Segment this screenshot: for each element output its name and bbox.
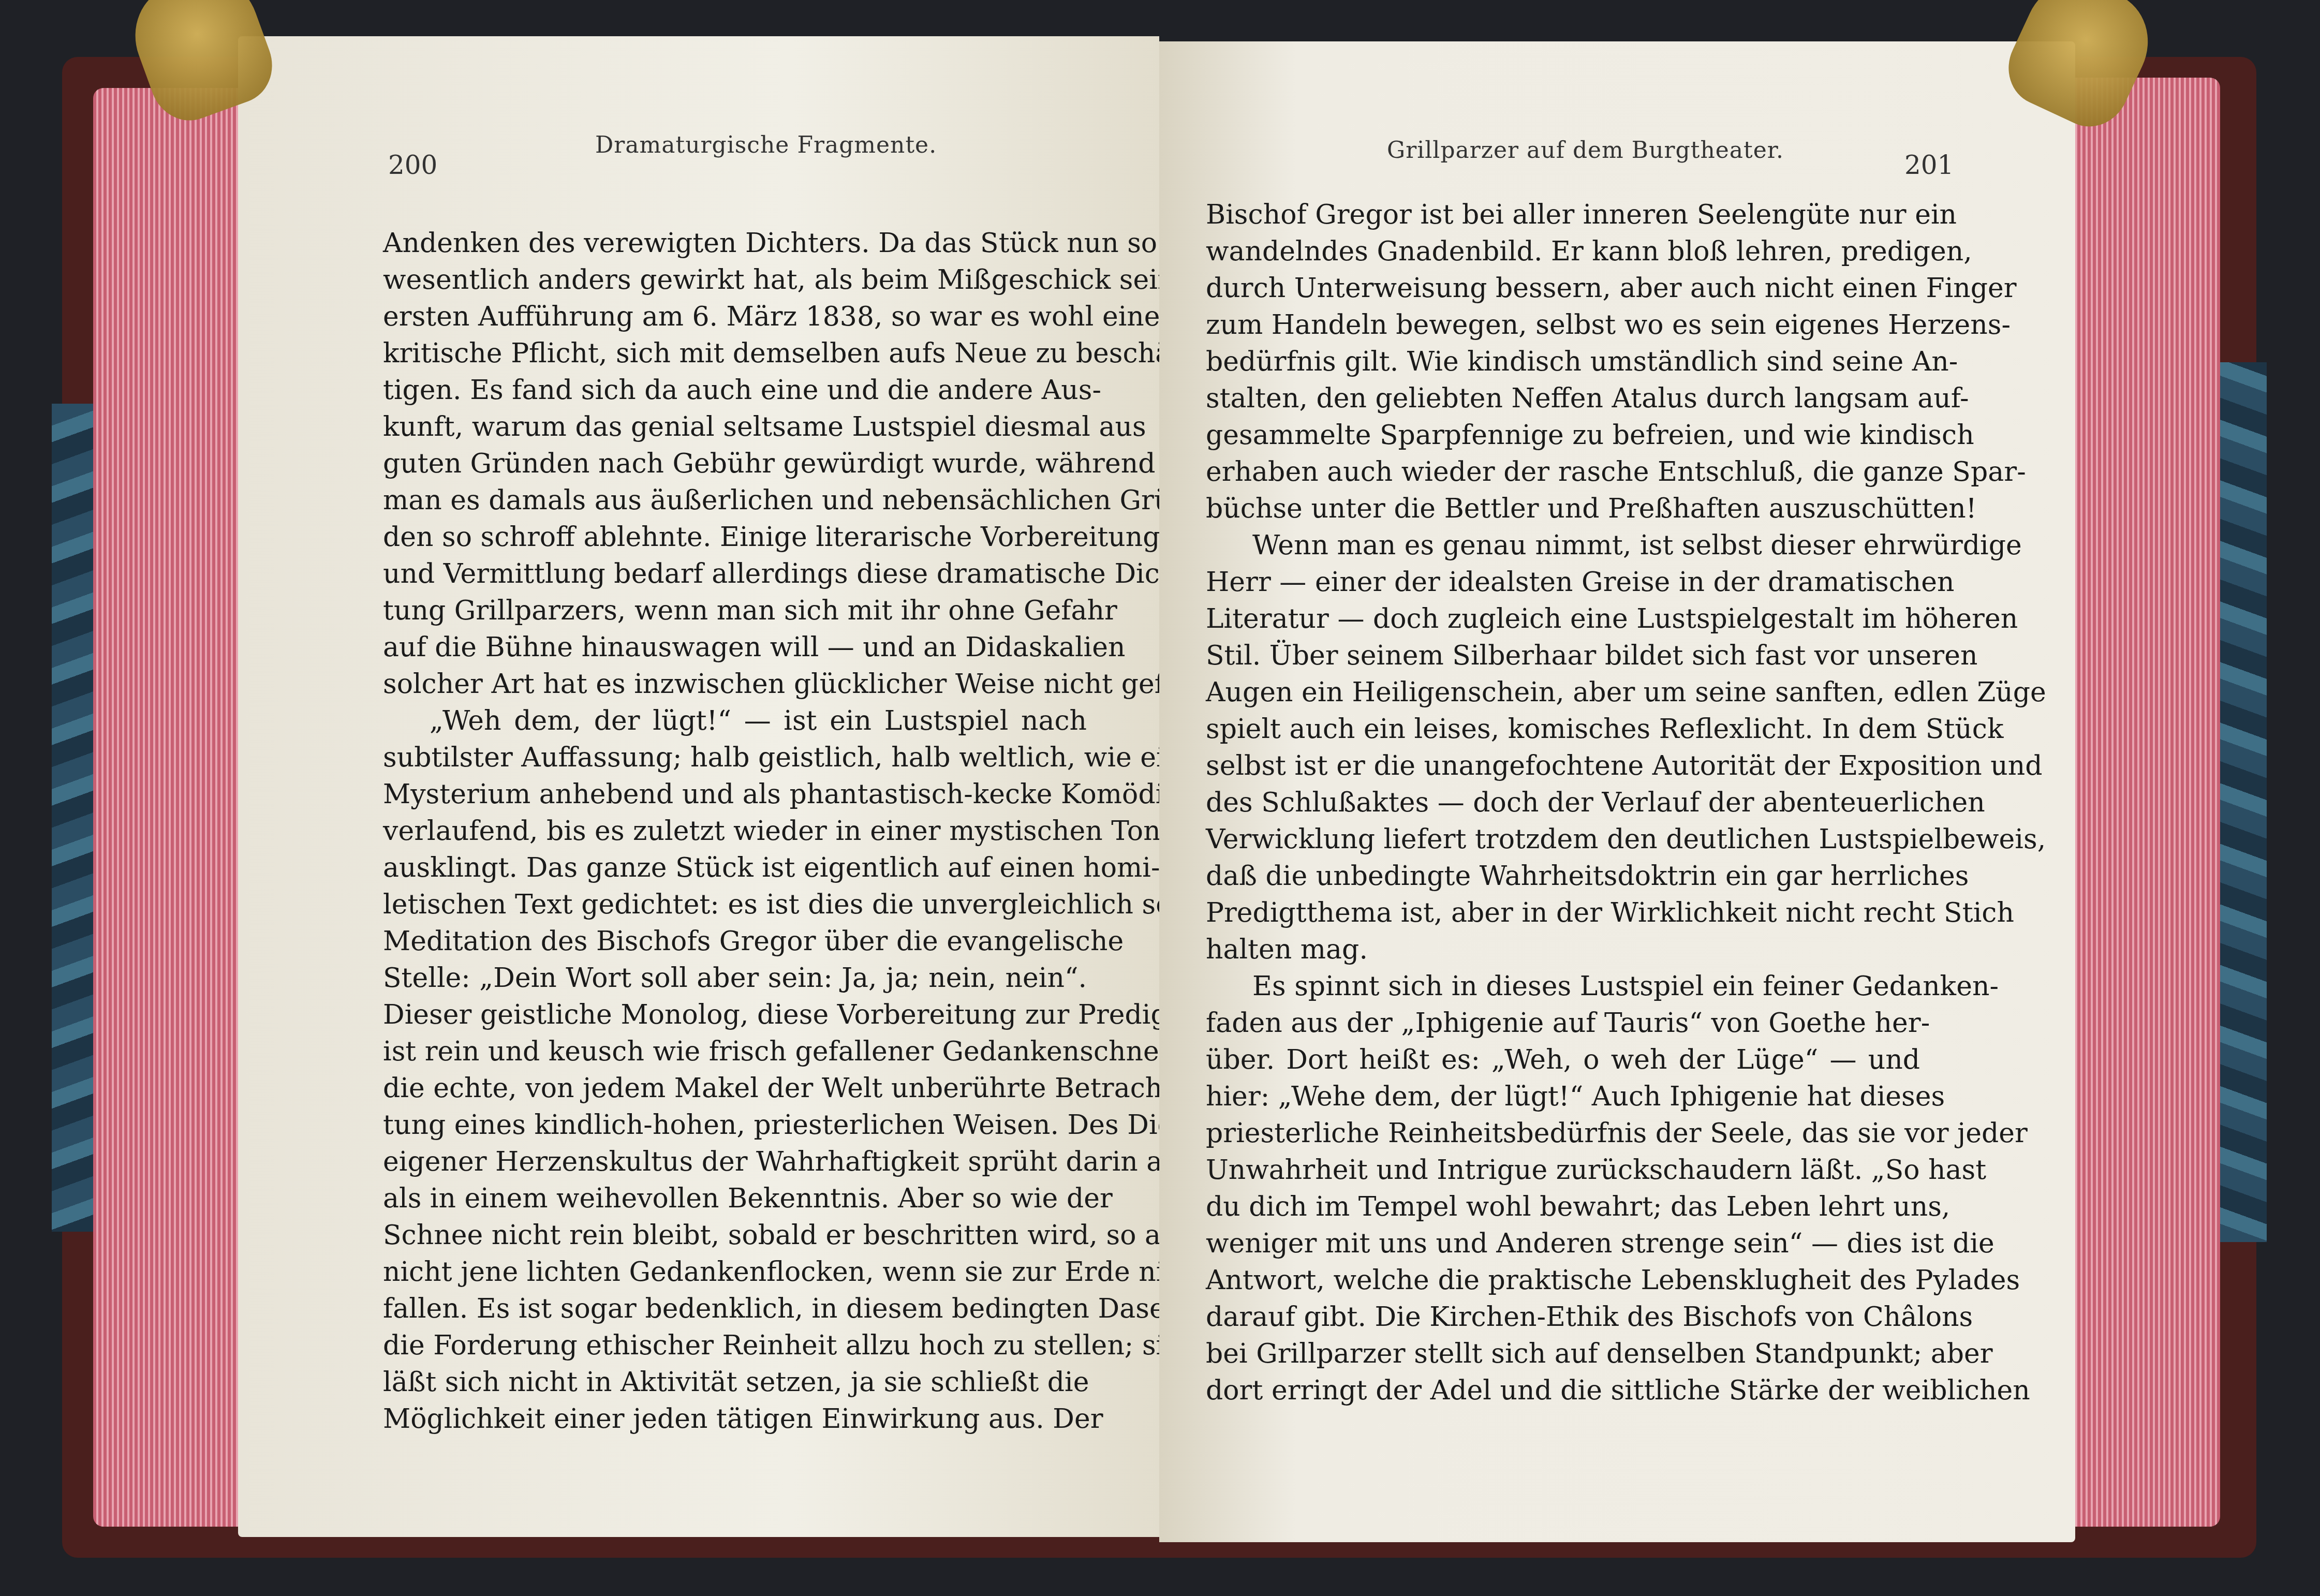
text-line: Antwort, welche die praktische Lebensklu…	[1206, 1262, 1920, 1299]
text-line: „Weh dem, der lügt!“ — ist ein Lustspiel…	[383, 703, 1087, 740]
text-line: Möglichkeit einer jeden tätigen Einwirku…	[383, 1401, 1087, 1438]
text-line: kritische Pflicht, sich mit demselben au…	[383, 335, 1087, 372]
text-line: Schnee nicht rein bleibt, sobald er besc…	[383, 1217, 1087, 1254]
text-line: als in einem weihevollen Bekenntnis. Abe…	[383, 1180, 1087, 1217]
text-line: solcher Art hat es inzwischen glückliche…	[383, 666, 1087, 703]
text-line: erhaben auch wieder der rasche Entschluß…	[1206, 454, 1920, 491]
running-header: Grillparzer auf dem Burgtheater.	[1387, 137, 1784, 164]
text-line: Es spinnt sich in dieses Lustspiel ein f…	[1206, 968, 1920, 1005]
page-edges-right	[2065, 78, 2220, 1527]
page-body-text: Bischof Gregor ist bei aller inneren See…	[1206, 197, 1920, 1409]
text-line: selbst ist er die unangefochtene Autorit…	[1206, 748, 1920, 785]
text-line: Unwahrheit und Intrigue zurückschaudern …	[1206, 1152, 1920, 1189]
text-line: tung eines kindlich-hohen, priesterliche…	[383, 1107, 1087, 1144]
text-line: Herr — einer der idealsten Greise in der…	[1206, 564, 1920, 601]
text-line: die echte, von jedem Makel der Welt unbe…	[383, 1070, 1087, 1107]
text-line: bedürfnis gilt. Wie kindisch umständlich…	[1206, 344, 1920, 380]
text-line: des Schlußaktes — doch der Verlauf der a…	[1206, 785, 1920, 821]
text-line: Stil. Über seinem Silberhaar bildet sich…	[1206, 638, 1920, 674]
page-edges-left	[93, 88, 248, 1527]
text-line: den so schroff ablehnte. Einige literari…	[383, 519, 1087, 556]
text-line: wandelndes Gnadenbild. Er kann bloß lehr…	[1206, 233, 1920, 270]
text-line: man es damals aus äußerlichen und nebens…	[383, 482, 1087, 519]
text-line: Augen ein Heiligenschein, aber um seine …	[1206, 674, 1920, 711]
text-line: Andenken des verewigten Dichters. Da das…	[383, 225, 1087, 262]
text-line: weniger mit uns und Anderen strenge sein…	[1206, 1225, 1920, 1262]
text-line: ist rein und keusch wie frisch gefallene…	[383, 1033, 1087, 1070]
text-line: spielt auch ein leises, komisches Reflex…	[1206, 711, 1920, 748]
text-line: daß die unbedingte Wahrheitsdoktrin ein …	[1206, 858, 1920, 895]
text-line: kunft, warum das genial seltsame Lustspi…	[383, 409, 1087, 446]
text-line: bei Grillparzer stellt sich auf denselbe…	[1206, 1336, 1920, 1372]
text-line: ausklingt. Das ganze Stück ist eigentlic…	[383, 850, 1087, 886]
text-line: Dieser geistliche Monolog, diese Vorbere…	[383, 997, 1087, 1033]
text-line: verlaufend, bis es zuletzt wieder in ein…	[383, 813, 1087, 850]
text-line: tung Grillparzers, wenn man sich mit ihr…	[383, 593, 1087, 629]
text-line: Mysterium anhebend und als phantastisch-…	[383, 776, 1087, 813]
text-line: und Vermittlung bedarf allerdings diese …	[383, 556, 1087, 593]
text-line: guten Gründen nach Gebühr gewürdigt wurd…	[383, 446, 1087, 482]
text-line: eigener Herzenskultus der Wahrhaftigkeit…	[383, 1144, 1087, 1180]
text-line: Stelle: „Dein Wort soll aber sein: Ja, j…	[383, 960, 1087, 997]
text-line: du dich im Tempel wohl bewahrt; das Lebe…	[1206, 1189, 1920, 1225]
text-line: über. Dort heißt es: „Weh, o weh der Lüg…	[1206, 1042, 1920, 1078]
text-line: die Forderung ethischer Reinheit allzu h…	[383, 1327, 1087, 1364]
text-line: gesammelte Sparpfennige zu befreien, und…	[1206, 417, 1920, 454]
text-line: wesentlich anders gewirkt hat, als beim …	[383, 262, 1087, 299]
text-line: stalten, den geliebten Neffen Atalus dur…	[1206, 380, 1920, 417]
text-line: hier: „Wehe dem, der lügt!“ Auch Iphigen…	[1206, 1078, 1920, 1115]
page-body-text: Andenken des verewigten Dichters. Da das…	[383, 225, 1087, 1438]
text-line: subtilster Auffassung; halb geistlich, h…	[383, 740, 1087, 776]
page-number: 201	[1904, 150, 1954, 180]
text-line: ersten Aufführung am 6. März 1838, so wa…	[383, 299, 1087, 335]
text-line: faden aus der „Iphigenie auf Tauris“ von…	[1206, 1005, 1920, 1042]
page-number: 200	[388, 150, 437, 180]
left-page: 200 Dramaturgische Fragmente. Andenken d…	[238, 36, 1159, 1537]
text-line: Meditation des Bischofs Gregor über die …	[383, 923, 1087, 960]
text-line: Predigtthema ist, aber in der Wirklichke…	[1206, 895, 1920, 932]
text-line: Bischof Gregor ist bei aller inneren See…	[1206, 197, 1920, 233]
text-line: büchse unter die Bettler und Preßhaften …	[1206, 491, 1920, 527]
text-line: nicht jene lichten Gedankenflocken, wenn…	[383, 1254, 1087, 1291]
text-line: zum Handeln bewegen, selbst wo es sein e…	[1206, 307, 1920, 344]
running-header: Dramaturgische Fragmente.	[595, 132, 937, 158]
text-line: letischen Text gedichtet: es ist dies di…	[383, 886, 1087, 923]
text-line: durch Unterweisung bessern, aber auch ni…	[1206, 270, 1920, 307]
right-page: Grillparzer auf dem Burgtheater. 201 Bis…	[1159, 41, 2075, 1542]
text-line: priesterliche Reinheitsbedürfnis der See…	[1206, 1115, 1920, 1152]
text-line: tigen. Es fand sich da auch eine und die…	[383, 372, 1087, 409]
text-line: halten mag.	[1206, 932, 1920, 968]
text-line: Verwicklung liefert trotzdem den deutlic…	[1206, 821, 1920, 858]
text-line: darauf gibt. Die Kirchen-Ethik des Bisch…	[1206, 1299, 1920, 1336]
text-line: auf die Bühne hinauswagen will — und an …	[383, 629, 1087, 666]
text-line: dort erringt der Adel und die sittliche …	[1206, 1372, 1920, 1409]
text-line: Literatur — doch zugleich eine Lustspiel…	[1206, 601, 1920, 638]
text-line: Wenn man es genau nimmt, ist selbst dies…	[1206, 527, 1920, 564]
text-line: läßt sich nicht in Aktivität setzen, ja …	[383, 1364, 1087, 1401]
text-line: fallen. Es ist sogar bedenklich, in dies…	[383, 1291, 1087, 1327]
